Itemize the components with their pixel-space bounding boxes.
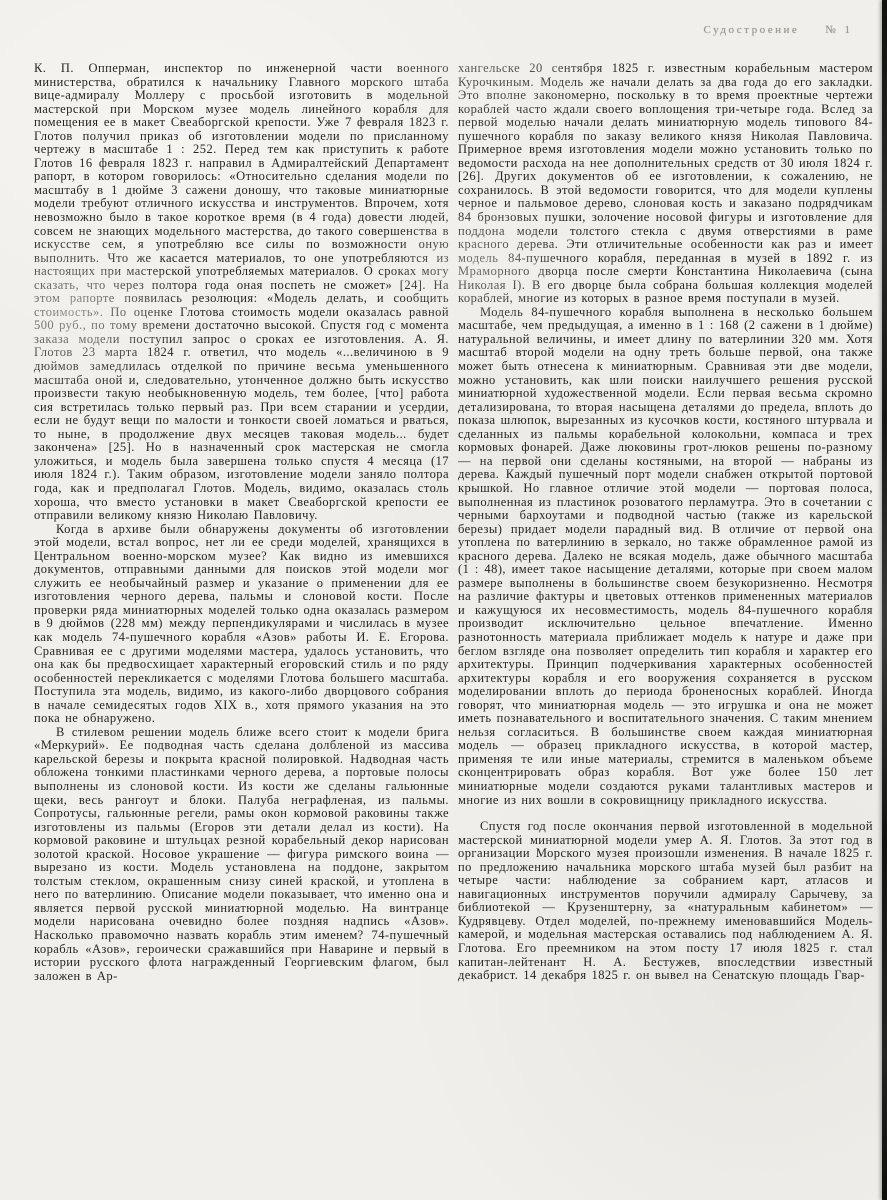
- issue-number: № 1: [825, 24, 853, 36]
- scanned-page: Судостроение№ 1 К. П. Опперман, инспекто…: [0, 0, 887, 1200]
- paragraph: К. П. Опперман, инспектор по инженерной …: [34, 62, 449, 523]
- paragraph: Спустя год после окончания первой изгото…: [458, 820, 873, 983]
- paragraph: Когда в архиве были обнаружены документы…: [34, 523, 449, 726]
- journal-title: Судостроение: [704, 24, 800, 36]
- paragraph: хангельске 20 сентября 1825 г. известным…: [458, 62, 873, 306]
- paragraph: В стилевом решении модель ближе всего ст…: [34, 726, 449, 983]
- scan-edge-shadow: [882, 0, 887, 1200]
- text-column-left: К. П. Опперман, инспектор по инженерной …: [34, 62, 449, 1188]
- text-column-right: хангельске 20 сентября 1825 г. известным…: [458, 62, 873, 1188]
- running-head: Судостроение№ 1: [704, 24, 854, 36]
- paragraph: Модель 84-пушечного корабля выполнена в …: [458, 306, 873, 807]
